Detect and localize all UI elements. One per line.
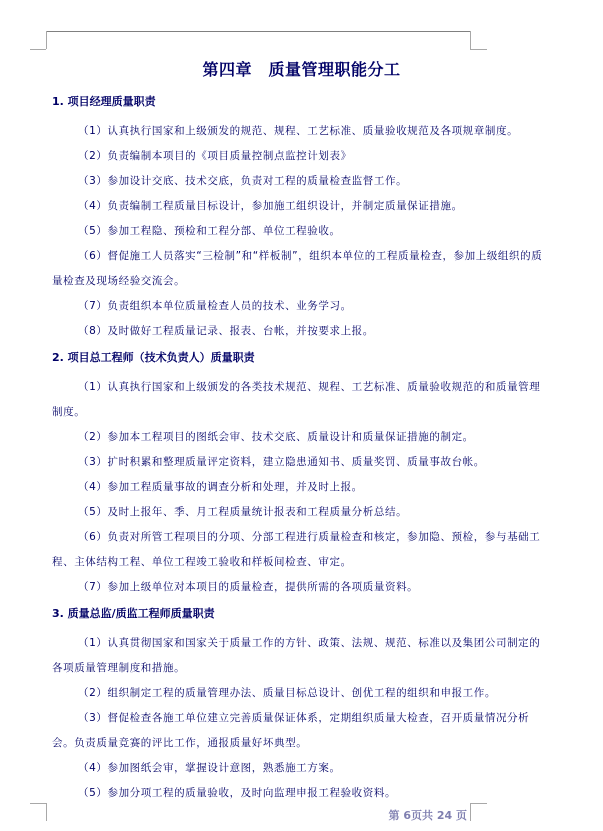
list-item: （2）负责编制本项目的《项目质量控制点监控计划表》 [52,144,547,169]
corner-mark-bl-h [30,803,46,804]
list-item: （2）组织制定工程的质量管理办法、质量目标总设计、创优工程的组织和申报工作。 [52,681,547,706]
list-item: （5）及时上报年、季、月工程质量统计报表和工程质量分析总结。 [52,500,547,525]
list-item: （5）参加分项工程的质量验收，及时向监理申报工程验收资料。 [52,781,547,806]
list-item: （2）参加本工程项目的图纸会审、技术交底、质量设计和质量保证措施的制定。 [52,425,547,450]
list-item: （1）认真贯彻国家和国家关于质量工作的方针、政策、法规、规范、标准以及集团公司制… [52,631,547,681]
list-item: （4）参加工程质量事故的调查分析和处理，并及时上报。 [52,475,547,500]
list-item: （4）参加图纸会审，掌握设计意图，熟悉施工方案。 [52,756,547,781]
section-2: 2. 项目总工程师（技术负责人）质量职责 （1）认真执行国家和上级颁发的各类技术… [52,350,547,600]
chapter-title: 第四章 质量管理职能分工 [0,57,603,80]
list-item: （7）参加上级单位对本项目的质量检查，提供所需的各项质量资料。 [52,575,547,600]
list-item: （7）负责组织本单位质量检查人员的技术、业务学习。 [52,294,547,319]
list-item: （4）负责编制工程质量目标设计，参加施工组织设计，并制定质量保证措施。 [52,194,547,219]
corner-mark-tr-v [470,31,471,49]
list-item: （6）督促施工人员落实“三检制”和“样板制”，组织本单位的工程质量检查，参加上级… [52,244,547,294]
header-rule [46,31,470,32]
page-number: 第 6页共 24 页 [389,807,467,823]
corner-mark-bl-v [46,803,47,821]
corner-mark-tr-h [470,49,487,50]
corner-mark-tl-v [46,31,47,49]
list-item: （3）参加设计交底、技术交底，负责对工程的质量检查监督工作。 [52,169,547,194]
corner-mark-tl-h [30,49,46,50]
section-heading: 3. 质量总监/质监工程师质量职责 [52,606,547,631]
list-item: （1）认真执行国家和上级颁发的各类技术规范、规程、工艺标准、质量验收规范的和质量… [52,375,547,425]
document-body: 1. 项目经理质量职责 （1）认真执行国家和上级颁发的规范、规程、工艺标准、质量… [52,94,547,806]
list-item: （6）负责对所管工程项目的分项、分部工程进行质量检查和核定，参加隐、预检，参与基… [52,525,547,575]
list-item: （3）扩时积累和整理质量评定资料，建立隐患通知书、质量奖罚、质量事故台帐。 [52,450,547,475]
list-item: （5）参加工程隐、预检和工程分部、单位工程验收。 [52,219,547,244]
section-heading: 2. 项目总工程师（技术负责人）质量职责 [52,350,547,375]
section-1: 1. 项目经理质量职责 （1）认真执行国家和上级颁发的规范、规程、工艺标准、质量… [52,94,547,344]
list-item: （1）认真执行国家和上级颁发的规范、规程、工艺标准、质量验收规范及各项规章制度。 [52,119,547,144]
section-3: 3. 质量总监/质监工程师质量职责 （1）认真贯彻国家和国家关于质量工作的方针、… [52,606,547,806]
list-item: （3）督促检查各施工单位建立完善质量保证体系，定期组织质量大检查，召开质量情况分… [52,706,547,756]
section-heading: 1. 项目经理质量职责 [52,94,547,119]
list-item: （8）及时做好工程质量记录、报表、台帐，并按要求上报。 [52,319,547,344]
